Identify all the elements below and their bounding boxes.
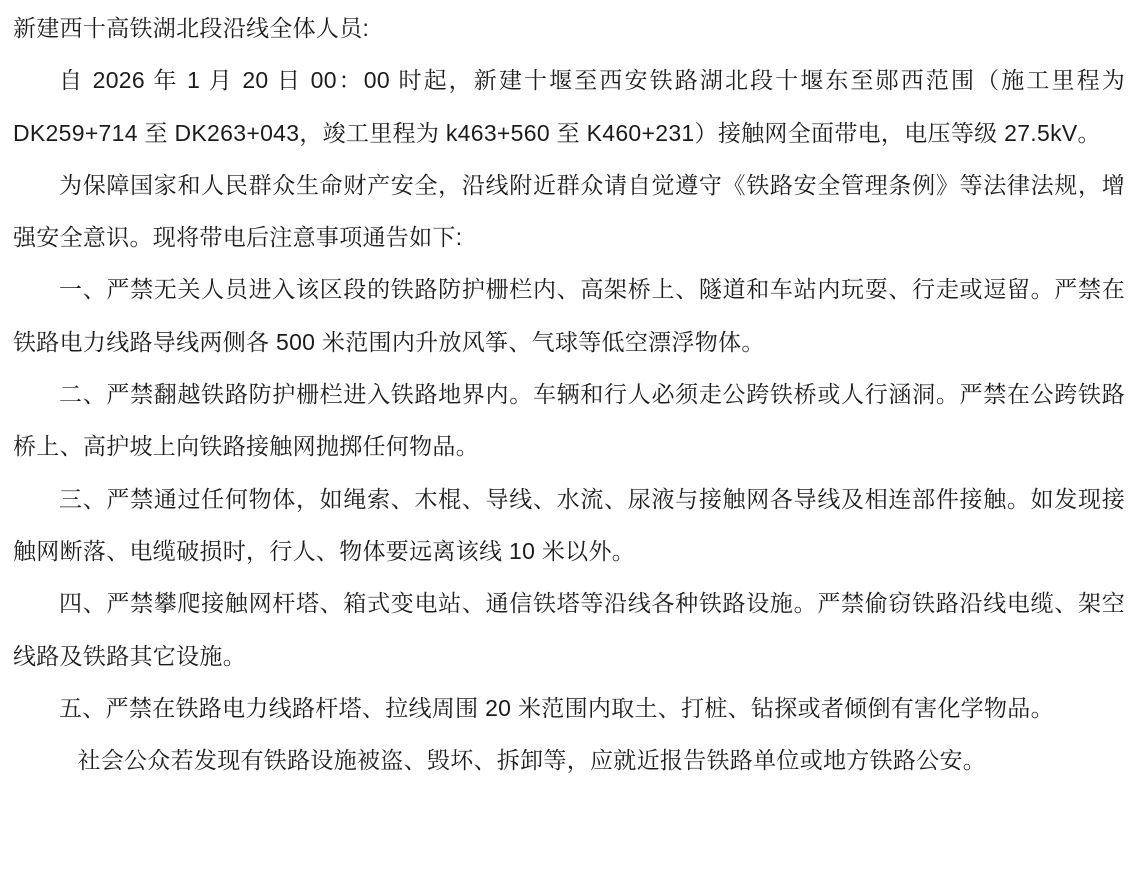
notice-document: 新建西十高铁湖北段沿线全体人员: 自 2026 年 1 月 20 日 00：00… bbox=[0, 0, 1137, 891]
rule-5-no-digging-near-poles: 五、严禁在铁路电力线路杆塔、拉线周围 20 米范围内取土、打桩、钻探或者倾倒有害… bbox=[13, 682, 1125, 734]
paragraph-public-report: 社会公众若发现有铁路设施被盗、毁坏、拆卸等，应就近报告铁路单位或地方铁路公安。 bbox=[13, 734, 1125, 786]
rule-3-no-contact-with-catenary: 三、严禁通过任何物体，如绳索、木棍、导线、水流、尿液与接触网各导线及相连部件接触… bbox=[13, 473, 1125, 578]
rule-4-no-climbing-structures-no-theft: 四、严禁攀爬接触网杆塔、箱式变电站、通信铁塔等沿线各种铁路设施。严禁偷窃铁路沿线… bbox=[13, 577, 1125, 682]
notice-heading: 新建西十高铁湖北段沿线全体人员: bbox=[13, 2, 1125, 54]
paragraph-electrification-announcement: 自 2026 年 1 月 20 日 00：00 时起，新建十堰至西安铁路湖北段十… bbox=[13, 54, 1125, 159]
rule-2-no-climbing-fences-no-throwing: 二、严禁翻越铁路防护栅栏进入铁路地界内。车辆和行人必须走公跨铁桥或人行涵洞。严禁… bbox=[13, 368, 1125, 473]
paragraph-legal-preamble: 为保障国家和人民群众生命财产安全，沿线附近群众请自觉遵守《铁路安全管理条例》等法… bbox=[13, 159, 1125, 264]
rule-1-no-entry-no-kites: 一、严禁无关人员进入该区段的铁路防护栅栏内、高架桥上、隧道和车站内玩耍、行走或逗… bbox=[13, 263, 1125, 368]
